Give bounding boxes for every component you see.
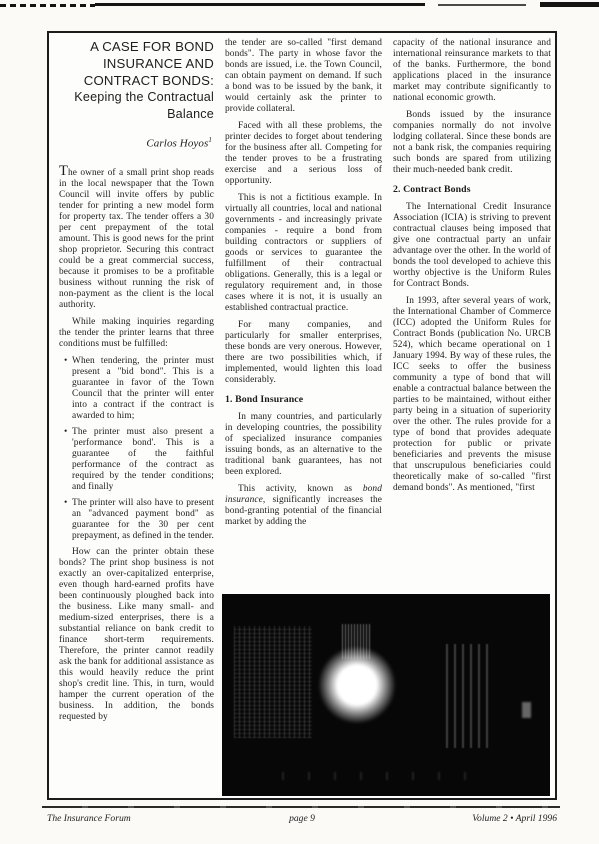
photo-texture	[234, 626, 312, 738]
bullet-item: • The printer will also have to present …	[59, 498, 214, 542]
page-frame: A CASE FOR BOND INSURANCE AND CONTRACT B…	[47, 31, 557, 800]
scan-artifact-segment	[438, 4, 526, 6]
scan-artifact-segment	[0, 4, 95, 7]
photo-texture	[282, 772, 482, 780]
drop-cap: T	[59, 163, 68, 179]
bullet-marker: •	[59, 498, 72, 542]
column-left: A CASE FOR BOND INSURANCE AND CONTRACT B…	[59, 38, 214, 796]
section-heading-contract-bonds: 2. Contract Bonds	[393, 184, 551, 195]
bullet-text: The printer will also have to present an…	[72, 498, 214, 542]
paragraph: The International Credit Insurance Assoc…	[393, 202, 551, 290]
footer-page-number: page 9	[217, 813, 387, 824]
photo-texture	[446, 644, 494, 748]
photo	[222, 594, 550, 796]
article-subtitle: Keeping the Contractual Balance	[59, 89, 214, 123]
paragraph: For many companies, and particularly for…	[225, 320, 382, 386]
bullet-text: When tendering, the printer must present…	[72, 356, 214, 422]
author-name: Carlos Hoyos	[146, 138, 208, 150]
paragraph-text: This activity, known as	[238, 484, 363, 494]
scan-artifact-segment	[540, 2, 599, 7]
photo-highlight	[522, 702, 531, 718]
paragraph: This activity, known as bond insurance, …	[225, 484, 382, 528]
bullet-marker: •	[59, 427, 72, 493]
footer-rule	[42, 806, 560, 808]
footer-journal-name: The Insurance Forum	[47, 813, 217, 824]
paragraph: The owner of a small print shop reads in…	[59, 166, 214, 311]
bullet-item: • When tendering, the printer must prese…	[59, 356, 214, 422]
paragraph: the tender are so-called "first demand b…	[225, 38, 382, 115]
paragraph: Faced with all these problems, the print…	[225, 121, 382, 187]
paragraph: While making inquiries regarding the ten…	[59, 317, 214, 350]
author-footnote-mark: 1	[208, 136, 212, 144]
paragraph: This is not a fictitious example. In vir…	[225, 193, 382, 314]
paragraph: How can the printer obtain these bonds? …	[59, 547, 214, 723]
section-heading-bond-insurance: 1. Bond Insurance	[225, 394, 382, 405]
bullet-marker: •	[59, 356, 72, 422]
article-title: A CASE FOR BOND INSURANCE AND CONTRACT B…	[59, 38, 214, 89]
author-byline: Carlos Hoyos1	[59, 135, 212, 150]
bullet-item: • The printer must also present a 'perfo…	[59, 427, 214, 493]
paragraph-text: he owner of a small print shop reads in …	[59, 168, 214, 310]
photo-highlight	[310, 638, 405, 733]
scan-artifact-segment	[95, 3, 425, 6]
paragraph: capacity of the national insurance and i…	[393, 38, 551, 104]
paragraph: In many countries, and particularly in d…	[225, 412, 382, 478]
footer: The Insurance Forum page 9 Volume 2 • Ap…	[47, 813, 557, 824]
footer-volume-date: Volume 2 • April 1996	[387, 813, 557, 824]
bullet-text: The printer must also present a 'perform…	[72, 427, 214, 493]
paragraph: In 1993, after several years of work, th…	[393, 296, 551, 494]
paragraph: Bonds issued by the insurance companies …	[393, 110, 551, 176]
